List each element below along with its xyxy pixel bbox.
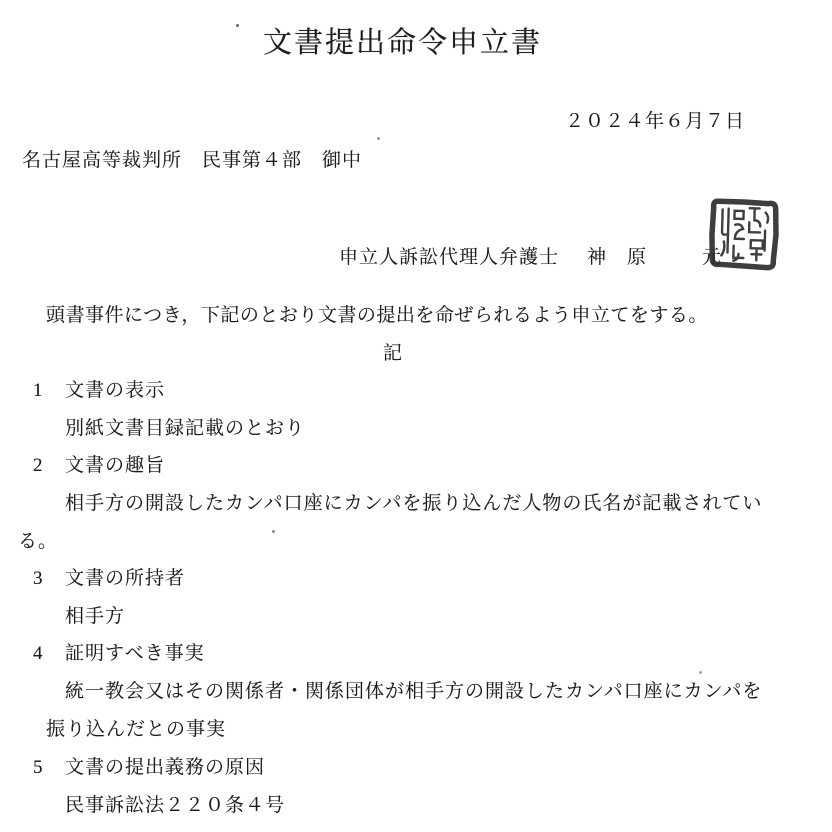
- item-4-number: 4: [33, 644, 44, 665]
- item-3-number: 3: [33, 569, 44, 590]
- item-3-heading: 文書の所持者: [65, 569, 185, 590]
- document-date: ２０２４年６月７日: [565, 112, 745, 133]
- item-3-body: 相手方: [65, 607, 125, 628]
- item-2-body-line-1: 相手方の開設したカンパ口座にカンパを振り込んだ人物の氏名が記載されてい: [65, 494, 762, 515]
- item-2-heading: 文書の趣旨: [65, 456, 165, 477]
- item-1-body: 別紙文書目録記載のとおり: [65, 419, 305, 440]
- page-title: 文書提出命令申立書: [263, 28, 542, 60]
- item-1-heading: 文書の表示: [65, 381, 165, 402]
- item-5-heading: 文書の提出義務の原因: [65, 758, 265, 779]
- item-2-body-line-2: る。: [18, 532, 58, 553]
- item-4-heading: 証明すべき事実: [65, 644, 205, 665]
- signature-line: 申立人訴訟代理人弁護士神 原元: [316, 227, 722, 290]
- item-5-number: 5: [33, 758, 44, 779]
- item-1-number: 1: [33, 381, 44, 402]
- court-addressee: 名古屋高等裁判所 民事第４部 御中: [22, 151, 362, 172]
- scan-speck: [699, 671, 702, 674]
- item-4-body-line-2: 振り込んだとの事実: [46, 720, 226, 741]
- item-4-body-line-1: 統一教会又はその関係者・関係団体が相手方の開設したカンパ口座にカンパを: [65, 682, 762, 703]
- scan-speck: [377, 137, 380, 140]
- scan-speck: [272, 530, 275, 533]
- scan-speck: [236, 24, 239, 27]
- opening-statement: 頭書事件につき，下記のとおり文書の提出を命ぜられるよう申立てをする。: [46, 306, 708, 327]
- item-2-number: 2: [33, 456, 44, 477]
- attorney-seal-stamp-icon: [706, 195, 782, 273]
- record-marker: 記: [383, 344, 403, 365]
- item-5-body: 民事訴訟法２２０条４号: [65, 796, 285, 817]
- scanned-legal-document: 文書提出命令申立書 ２０２４年６月７日 名古屋高等裁判所 民事第４部 御中 申立…: [0, 0, 832, 832]
- attorney-family-name: 神 原: [587, 248, 647, 269]
- attorney-role: 申立人訴訟代理人弁護士: [339, 247, 559, 268]
